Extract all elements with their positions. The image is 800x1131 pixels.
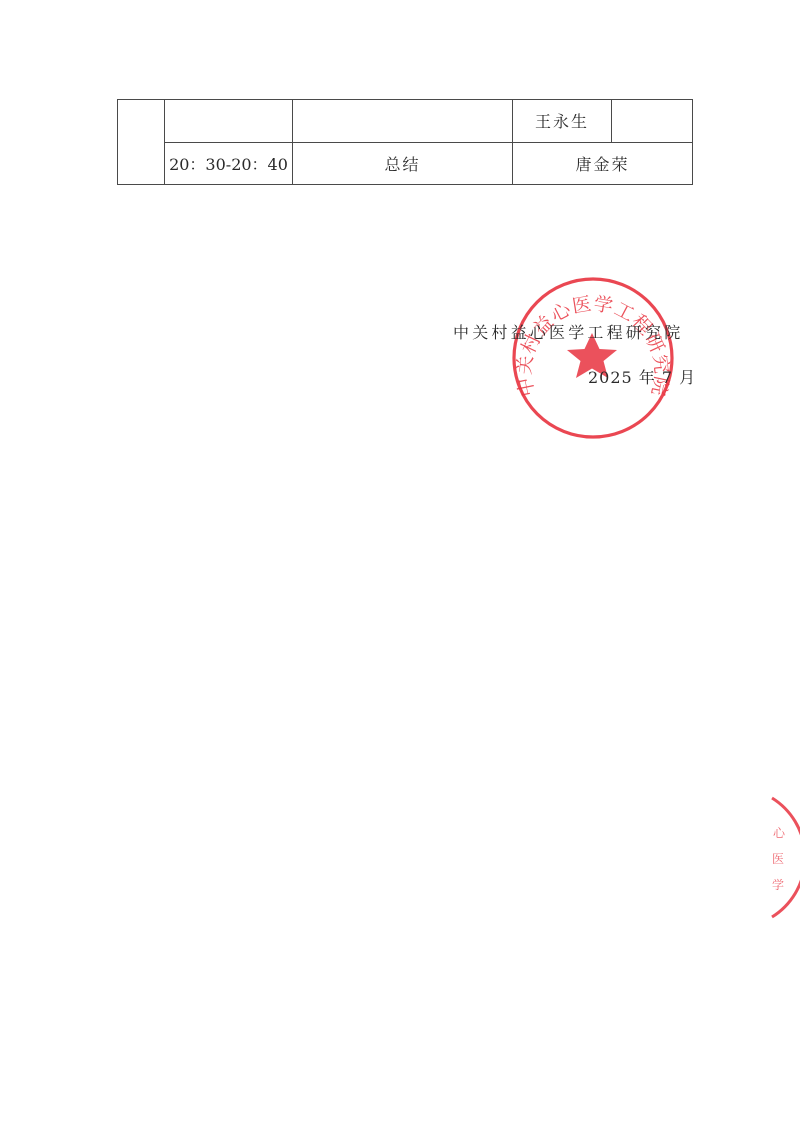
side-seal-char: 医 [772, 852, 784, 866]
row1-extra-cell [612, 99, 692, 142]
table-border-bottom [117, 184, 692, 185]
side-seal-char: 心 [773, 826, 786, 840]
row2-person-cell: 唐金荣 [513, 143, 692, 184]
document-date: 2025 年 7 月 [588, 365, 696, 388]
table-border-right [692, 99, 693, 185]
document-page: 王永生 20：30-20：40 总结 唐金荣 中关村益心医学工程研究院 2025… [0, 0, 800, 1131]
organization-name: 中关村益心医学工程研究院 [453, 320, 683, 343]
schedule-table: 王永生 20：30-20：40 总结 唐金荣 [117, 99, 692, 184]
side-seal-char: 学 [772, 878, 784, 892]
row2-content-cell: 总结 [293, 143, 512, 184]
row1-time-cell [165, 99, 292, 142]
row2-time-cell: 20：30-20：40 [165, 143, 292, 184]
table-border-left [117, 99, 118, 185]
side-seal-partial: 心 医 学 [760, 795, 800, 920]
official-seal: 中关村益心医学工程研究院 [508, 273, 678, 443]
row1-content-cell [293, 99, 512, 142]
row1-person-cell: 王永生 [513, 99, 611, 142]
